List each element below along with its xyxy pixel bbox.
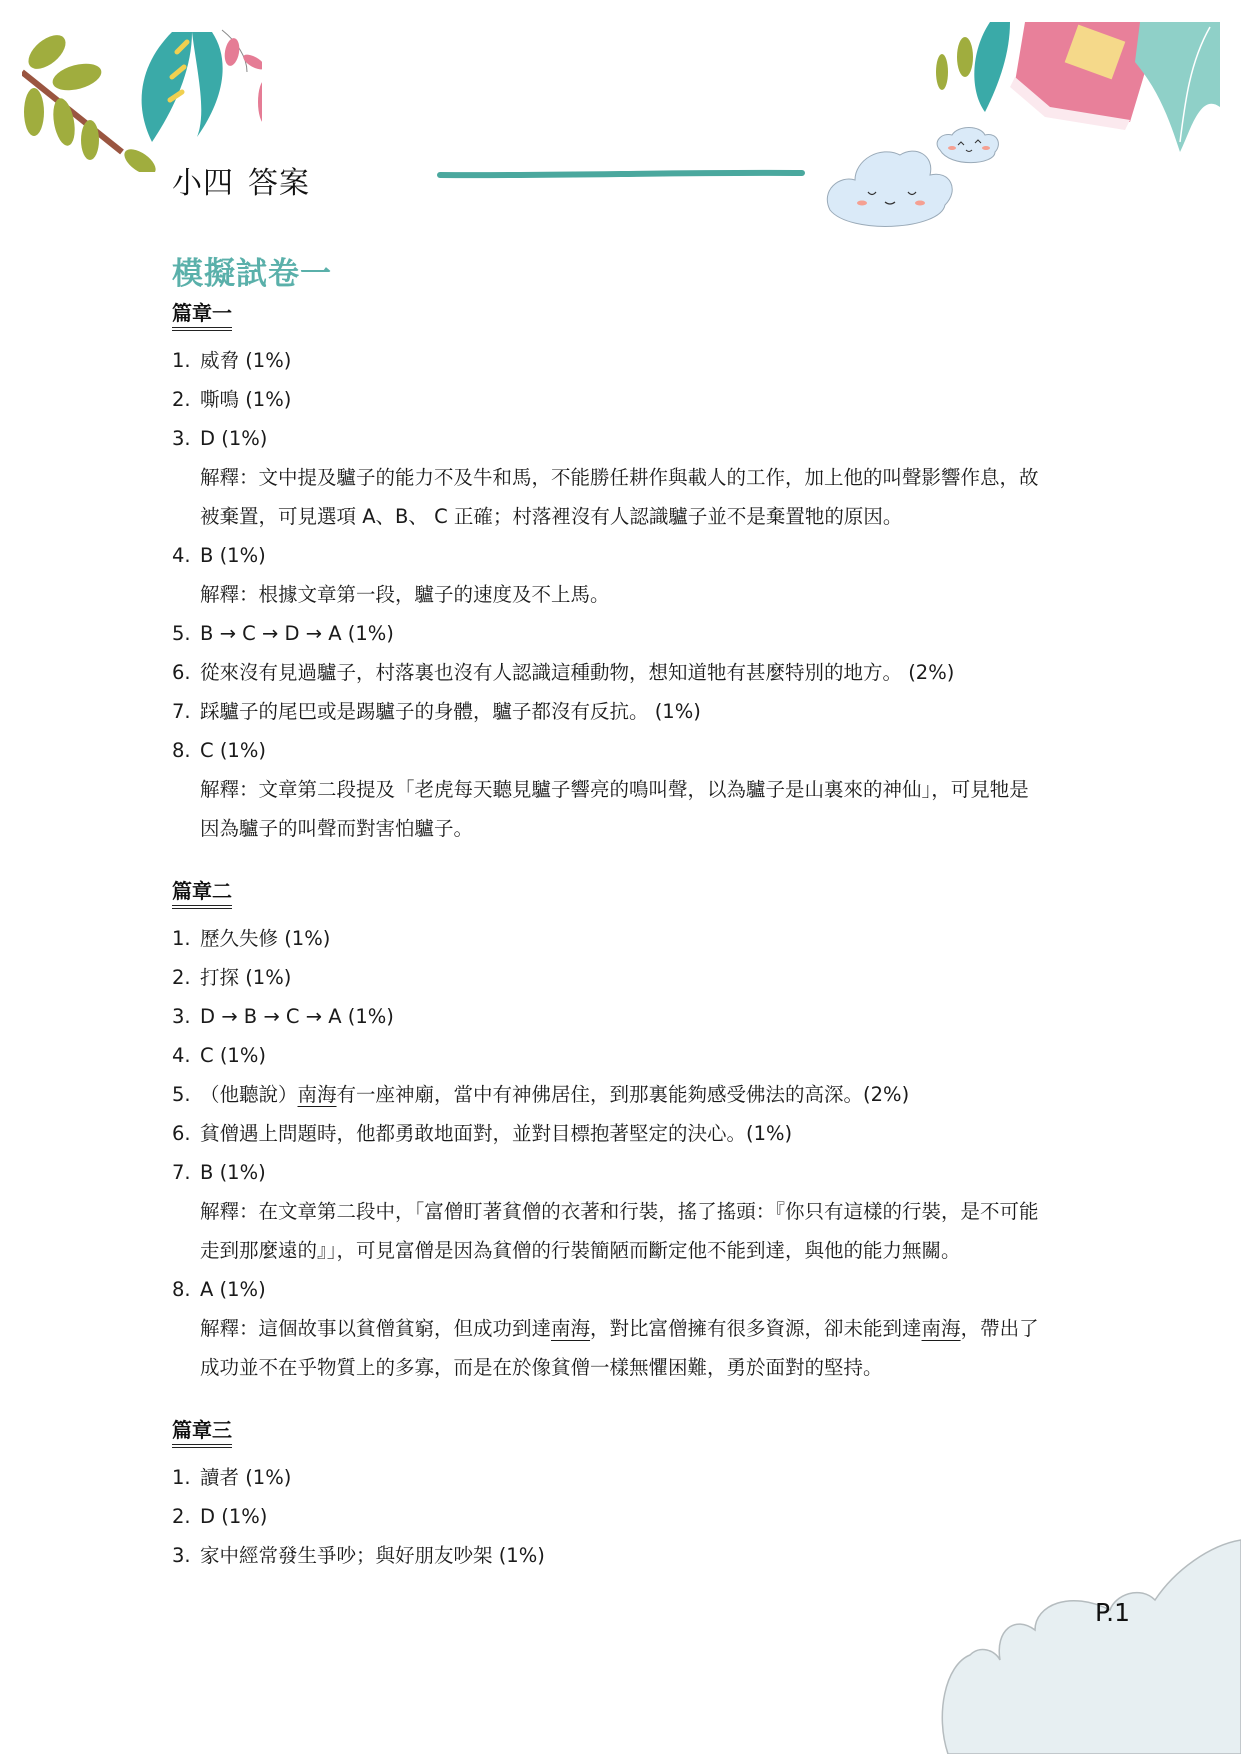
question-number: 8. bbox=[172, 1270, 200, 1309]
answer-text: B → C → D → A (1%) bbox=[200, 622, 394, 645]
chapter-heading: 篇章二 bbox=[172, 878, 232, 909]
explanation-line: 因為驢子的叫聲而對害怕驢子。 bbox=[200, 809, 1082, 848]
question-item: 6.貧僧遇上問題時，他都勇敢地面對，並對目標抱著堅定的決心。(1%) bbox=[172, 1114, 1082, 1153]
explanation-line: 解釋：文章第二段提及「老虎每天聽見驢子響亮的鳴叫聲，以為驢子是山裏來的神仙」，可… bbox=[200, 770, 1082, 809]
question-number: 2. bbox=[172, 380, 200, 419]
answer-text: 有一座神廟，當中有神佛居住，到那裏能夠感受佛法的高深。(2%) bbox=[337, 1083, 910, 1106]
question-list: 1.歷久失修 (1%) 2.打探 (1%) 3.D → B → C → A (1… bbox=[172, 919, 1082, 1387]
question-number: 4. bbox=[172, 536, 200, 575]
question-item: 5.B → C → D → A (1%) bbox=[172, 614, 1082, 653]
answer-text: 從來沒有見過驢子，村落裏也沒有人認識這種動物，想知道牠有甚麼特別的地方。 (2%… bbox=[200, 661, 954, 684]
explanation-line: 被棄置，可見選項 A、B、 C 正確；村落裡沒有人認識驢子並不是棄置牠的原因。 bbox=[200, 497, 1082, 536]
answer-text: 家中經常發生爭吵；與好朋友吵架 (1%) bbox=[200, 1544, 545, 1567]
answer-text: 威脅 (1%) bbox=[200, 349, 291, 372]
question-number: 1. bbox=[172, 1458, 200, 1497]
cloud-faces-decoration-icon bbox=[820, 120, 1020, 240]
chapter-section-2: 篇章二 1.歷久失修 (1%) 2.打探 (1%) 3.D → B → C → … bbox=[172, 878, 1082, 1387]
answer-text: 貧僧遇上問題時，他都勇敢地面對，並對目標抱著堅定的決心。(1%) bbox=[200, 1122, 792, 1145]
answer-text: D → B → C → A (1%) bbox=[200, 1005, 394, 1028]
explanation-line: 解釋：根據文章第一段，驢子的速度及不上馬。 bbox=[200, 575, 1082, 614]
question-number: 1. bbox=[172, 919, 200, 958]
explanation-line: 解釋：在文章第二段中，「富僧盯著貧僧的衣著和行裝，搖了搖頭：『你只有這樣的行裝，… bbox=[200, 1192, 1082, 1231]
answer-text: C (1%) bbox=[200, 1044, 266, 1067]
question-number: 2. bbox=[172, 1497, 200, 1536]
question-item: 7.踩驢子的尾巴或是踢驢子的身體，驢子都沒有反抗。 (1%) bbox=[172, 692, 1082, 731]
page-number: P.1 bbox=[1095, 1598, 1130, 1627]
question-number: 5. bbox=[172, 614, 200, 653]
explanation-line: 成功並不在乎物質上的多寡，而是在於像貧僧一樣無懼困難，勇於面對的堅持。 bbox=[200, 1348, 1082, 1387]
answer-text: 嘶鳴 (1%) bbox=[200, 388, 291, 411]
answer-text: A (1%) bbox=[200, 1278, 266, 1301]
question-item: 2.嘶鳴 (1%) bbox=[172, 380, 1082, 419]
document-title: 小四答案 bbox=[172, 158, 310, 202]
chapter-heading: 篇章三 bbox=[172, 1417, 232, 1448]
explanation-text: ，對比富僧擁有很多資源，卻未能到達 bbox=[590, 1317, 922, 1340]
explanation-line: 走到那麼遠的』」，可見富僧是因為貧僧的行裝簡陋而斷定他不能到達，與他的能力無關。 bbox=[200, 1231, 1082, 1270]
question-number: 8. bbox=[172, 731, 200, 770]
exam-title: 模擬試卷一 bbox=[172, 248, 332, 293]
explanation-line: 解釋：文中提及驢子的能力不及牛和馬，不能勝任耕作與載人的工作，加上他的叫聲影響作… bbox=[200, 458, 1082, 497]
question-item: 6.從來沒有見過驢子，村落裏也沒有人認識這種動物，想知道牠有甚麼特別的地方。 (… bbox=[172, 653, 1082, 692]
question-number: 5. bbox=[172, 1075, 200, 1114]
question-number: 7. bbox=[172, 692, 200, 731]
answer-text: 讀者 (1%) bbox=[200, 1466, 291, 1489]
answer-text: （他聽說） bbox=[200, 1083, 298, 1106]
question-number: 2. bbox=[172, 958, 200, 997]
answer-content: 篇章一 1.威脅 (1%) 2.嘶鳴 (1%) 3.D (1%) 解釋：文中提及… bbox=[172, 300, 1082, 1575]
question-number: 3. bbox=[172, 1536, 200, 1575]
answer-text: D (1%) bbox=[200, 1505, 267, 1528]
question-item: 2.打探 (1%) bbox=[172, 958, 1082, 997]
question-number: 3. bbox=[172, 997, 200, 1036]
explanation-text: ，帶出了 bbox=[961, 1317, 1039, 1340]
question-item: 1.讀者 (1%) bbox=[172, 1458, 1082, 1497]
answer-text: C (1%) bbox=[200, 739, 266, 762]
leaves-decoration-icon bbox=[22, 22, 262, 172]
answer-text: D (1%) bbox=[200, 427, 267, 450]
question-number: 6. bbox=[172, 1114, 200, 1153]
question-item: 4.C (1%) bbox=[172, 1036, 1082, 1075]
question-number: 3. bbox=[172, 419, 200, 458]
question-list: 1.威脅 (1%) 2.嘶鳴 (1%) 3.D (1%) 解釋：文中提及驢子的能… bbox=[172, 341, 1082, 848]
question-item: 5.（他聽說）南海有一座神廟，當中有神佛居住，到那裏能夠感受佛法的高深。(2%) bbox=[172, 1075, 1082, 1114]
answer-text: B (1%) bbox=[200, 1161, 266, 1184]
question-item: 8.A (1%) 解釋：這個故事以貧僧貧窮，但成功到達南海，對比富僧擁有很多資源… bbox=[172, 1270, 1082, 1387]
question-item: 3.D (1%) 解釋：文中提及驢子的能力不及牛和馬，不能勝任耕作與載人的工作，… bbox=[172, 419, 1082, 536]
answer-text: 歷久失修 (1%) bbox=[200, 927, 330, 950]
answer-label: 答案 bbox=[248, 166, 310, 201]
place-name-underlined: 南海 bbox=[551, 1317, 590, 1340]
question-item: 1.歷久失修 (1%) bbox=[172, 919, 1082, 958]
question-item: 8.C (1%) 解釋：文章第二段提及「老虎每天聽見驢子響亮的鳴叫聲，以為驢子是… bbox=[172, 731, 1082, 848]
question-number: 6. bbox=[172, 653, 200, 692]
answer-text: B (1%) bbox=[200, 544, 266, 567]
question-number: 7. bbox=[172, 1153, 200, 1192]
question-item: 3.D → B → C → A (1%) bbox=[172, 997, 1082, 1036]
answer-text: 踩驢子的尾巴或是踢驢子的身體，驢子都沒有反抗。 (1%) bbox=[200, 700, 701, 723]
chapter-heading: 篇章一 bbox=[172, 300, 232, 331]
question-number: 1. bbox=[172, 341, 200, 380]
question-item: 1.威脅 (1%) bbox=[172, 341, 1082, 380]
question-item: 7.B (1%) 解釋：在文章第二段中，「富僧盯著貧僧的衣著和行裝，搖了搖頭：『… bbox=[172, 1153, 1082, 1270]
question-number: 4. bbox=[172, 1036, 200, 1075]
title-divider-line bbox=[436, 166, 806, 180]
chapter-section-1: 篇章一 1.威脅 (1%) 2.嘶鳴 (1%) 3.D (1%) 解釋：文中提及… bbox=[172, 300, 1082, 848]
grade-label: 小四 bbox=[172, 166, 234, 201]
place-name-underlined: 南海 bbox=[922, 1317, 961, 1340]
footer-cloud-icon bbox=[940, 1515, 1241, 1754]
answer-text: 打探 (1%) bbox=[200, 966, 291, 989]
explanation-text: 解釋：這個故事以貧僧貧窮，但成功到達 bbox=[200, 1317, 551, 1340]
place-name-underlined: 南海 bbox=[298, 1083, 337, 1106]
question-item: 4.B (1%) 解釋：根據文章第一段，驢子的速度及不上馬。 bbox=[172, 536, 1082, 614]
explanation-line: 解釋：這個故事以貧僧貧窮，但成功到達南海，對比富僧擁有很多資源，卻未能到達南海，… bbox=[200, 1309, 1082, 1348]
